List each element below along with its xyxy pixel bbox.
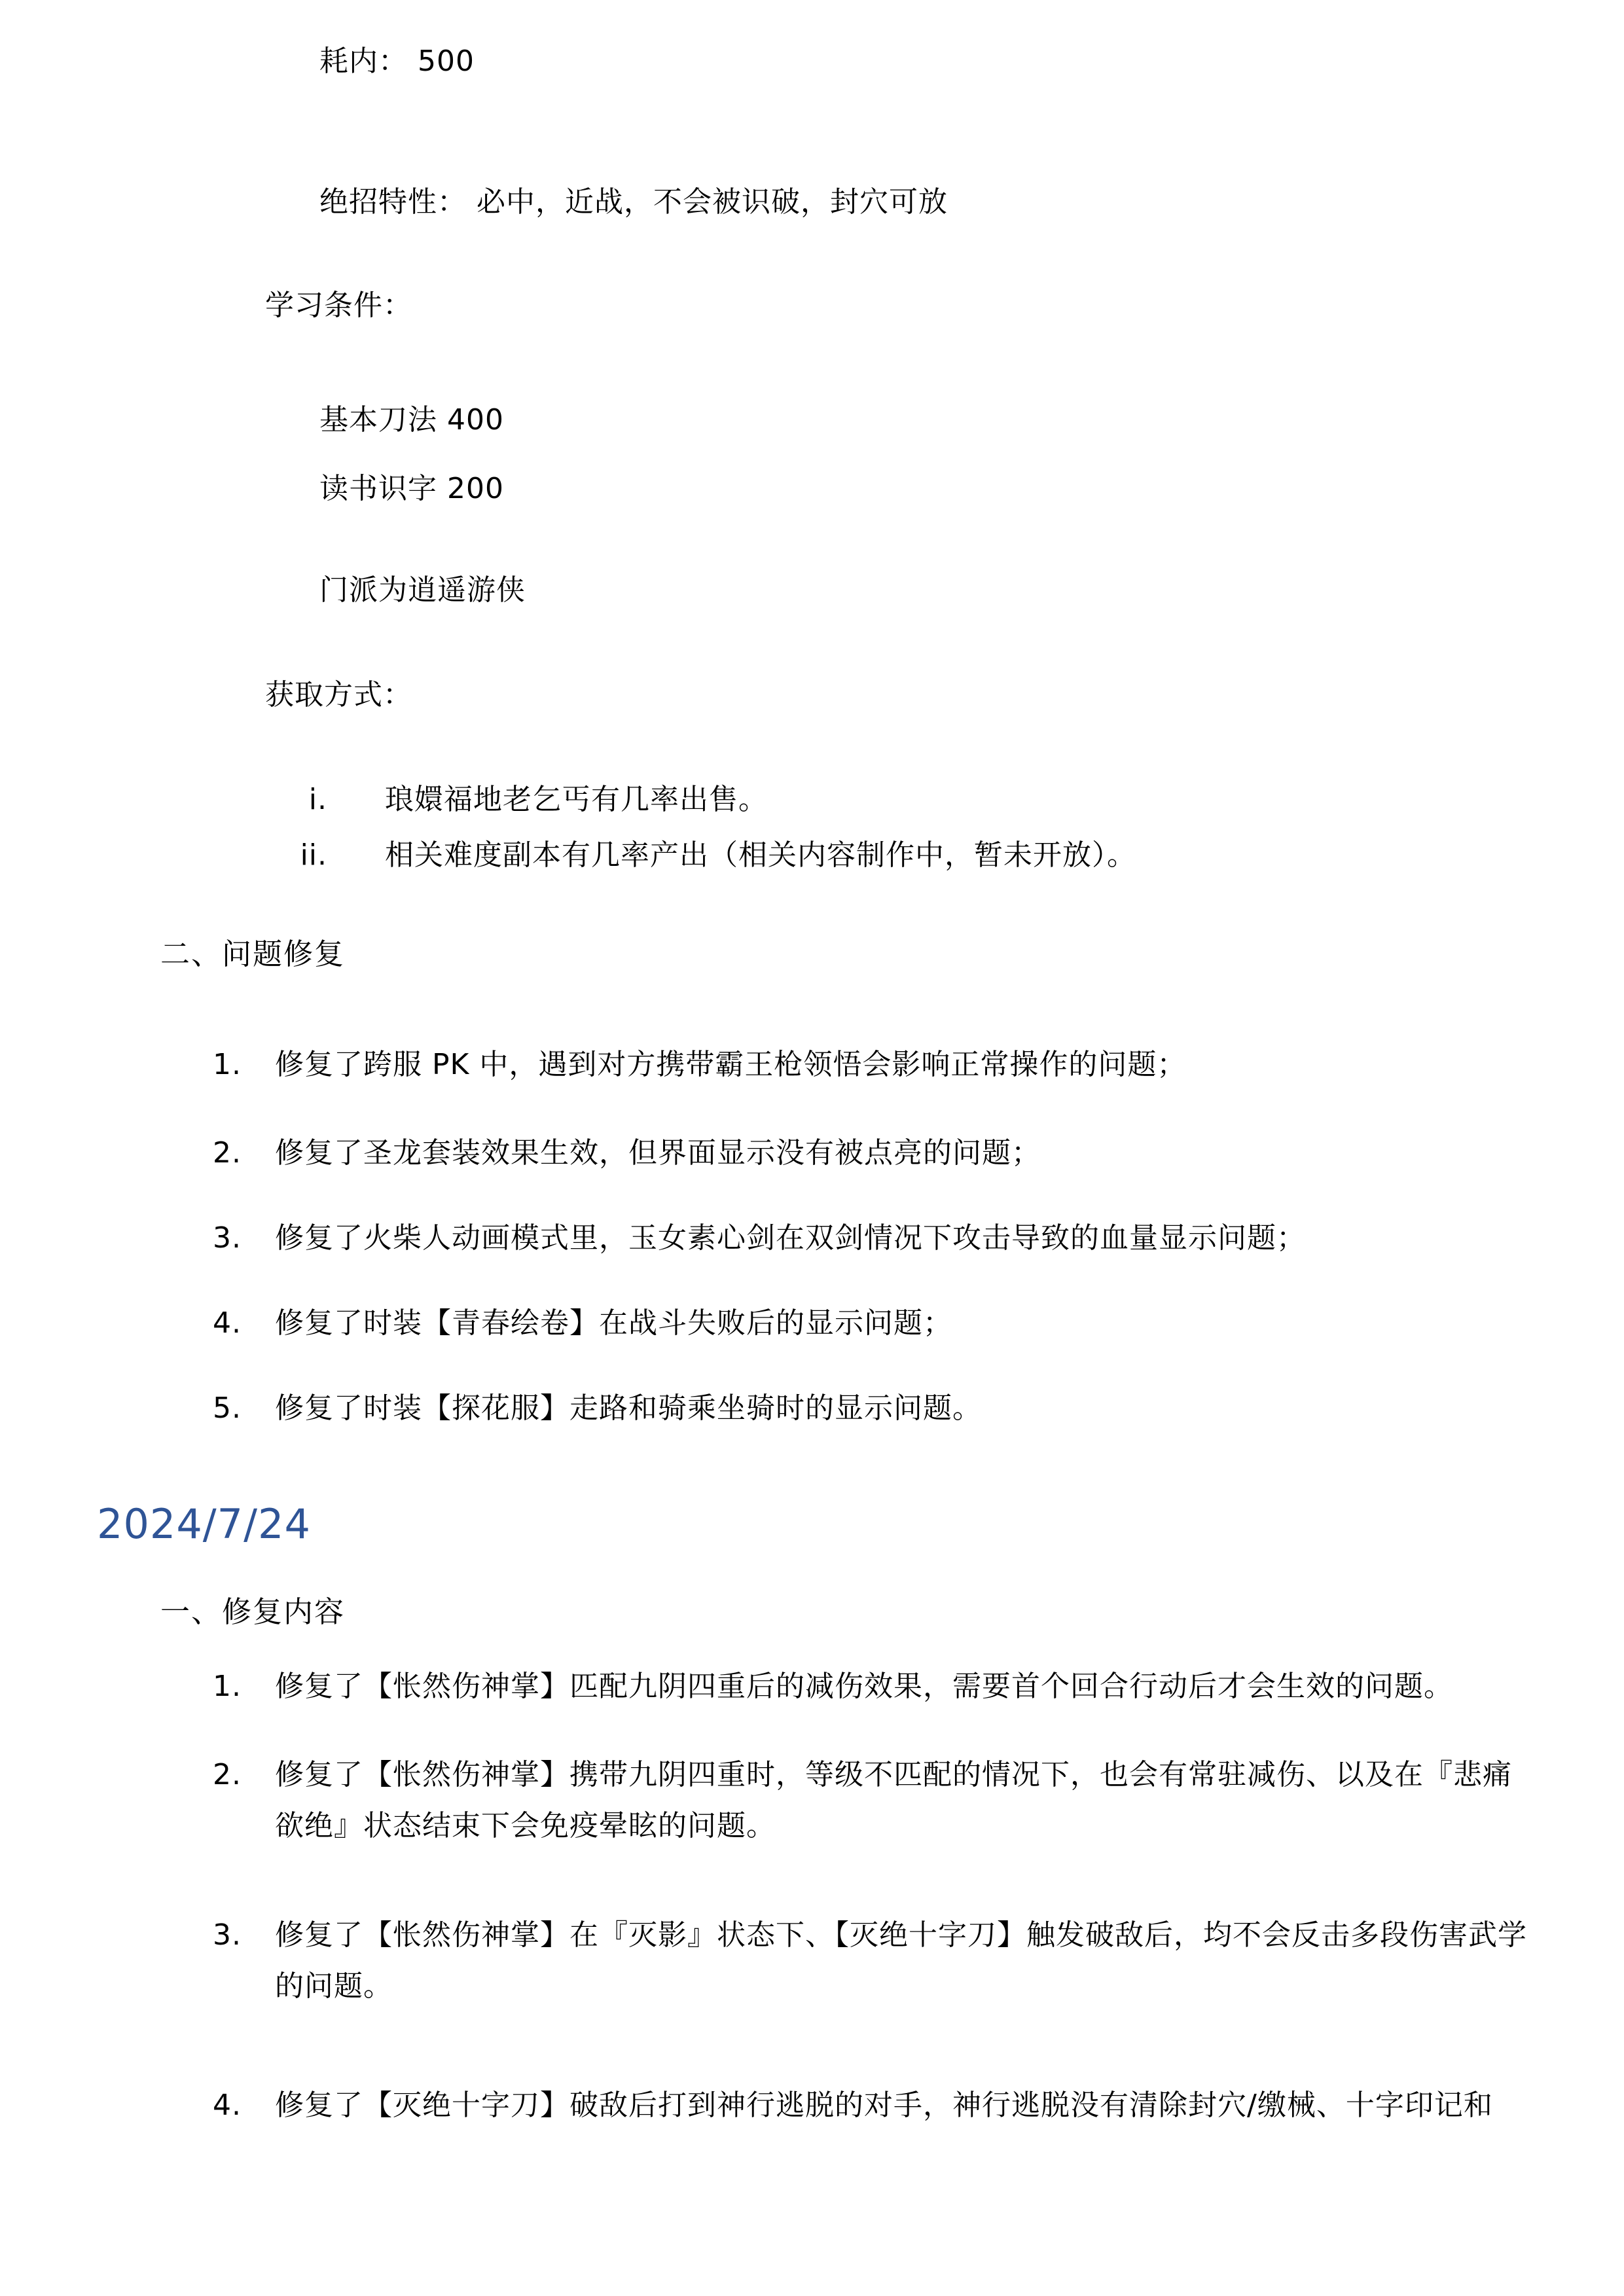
- condition-item: 读书识字 200: [319, 463, 504, 514]
- list-marker: 2.: [213, 1128, 275, 1179]
- list-item-text: 修复了火柴人动画模式里，玉女素心剑在双剑情况下攻击导致的血量显示问题；: [275, 1213, 1532, 1264]
- list-marker: 1.: [213, 1661, 275, 1712]
- learn-conditions-label: 学习条件：: [265, 280, 412, 331]
- list-item-text: 修复了【怅然伤神掌】在『灭影』状态下、【灭绝十字刀】触发破敌后，均不会反击多段伤…: [275, 1910, 1532, 2012]
- condition-item: 基本刀法 400: [319, 395, 504, 446]
- list-item: 3. 修复了【怅然伤神掌】在『灭影』状态下、【灭绝十字刀】触发破敌后，均不会反击…: [213, 1910, 1532, 2012]
- list-item-text: 修复了【怅然伤神掌】携带九阴四重时，等级不匹配的情况下，也会有常驻减伤、以及在『…: [275, 1749, 1532, 1852]
- list-marker: ii.: [275, 830, 327, 881]
- list-item: 2. 修复了【怅然伤神掌】携带九阴四重时，等级不匹配的情况下，也会有常驻减伤、以…: [213, 1749, 1532, 1852]
- list-marker: 5.: [213, 1383, 275, 1434]
- list-item: ii. 相关难度副本有几率产出（相关内容制作中，暂未开放）。: [275, 830, 1563, 881]
- document-page: 耗内： 500 绝招特性： 必中，近战，不会被识破，封穴可放 学习条件： 基本刀…: [0, 0, 1624, 2296]
- list-item-text: 修复了时装【青春绘卷】在战斗失败后的显示问题；: [275, 1298, 1532, 1349]
- section-heading-bug-fixes: 二、问题修复: [160, 935, 345, 974]
- acquisition-label: 获取方式：: [265, 670, 412, 721]
- list-marker: 2.: [213, 1749, 275, 1801]
- list-item-text: 修复了【怅然伤神掌】匹配九阴四重后的减伤效果，需要首个回合行动后才会生效的问题。: [275, 1661, 1532, 1712]
- list-item: i. 琅嬛福地老乞丐有几率出售。: [275, 774, 1563, 825]
- skill-cost-line: 耗内： 500: [319, 36, 475, 87]
- list-item: 4. 修复了【灭绝十字刀】破敌后打到神行逃脱的对手，神行逃脱没有清除封穴/缴械、…: [213, 2080, 1532, 2131]
- condition-item: 门派为逍遥游侠: [319, 565, 526, 616]
- section-heading-fix-content: 一、修复内容: [160, 1592, 345, 1632]
- list-item-text: 琅嬛福地老乞丐有几率出售。: [385, 774, 1563, 825]
- list-item: 4. 修复了时装【青春绘卷】在战斗失败后的显示问题；: [213, 1298, 1532, 1349]
- list-marker: 4.: [213, 2080, 275, 2131]
- list-marker: 3.: [213, 1910, 275, 1961]
- list-item-text: 相关难度副本有几率产出（相关内容制作中，暂未开放）。: [385, 830, 1563, 881]
- list-marker: 1.: [213, 1039, 275, 1090]
- skill-trait-line: 绝招特性： 必中，近战，不会被识破，封穴可放: [319, 177, 948, 228]
- list-marker: i.: [275, 774, 327, 825]
- list-marker: 3.: [213, 1213, 275, 1264]
- list-item: 3. 修复了火柴人动画模式里，玉女素心剑在双剑情况下攻击导致的血量显示问题；: [213, 1213, 1532, 1264]
- list-item: 1. 修复了【怅然伤神掌】匹配九阴四重后的减伤效果，需要首个回合行动后才会生效的…: [213, 1661, 1532, 1712]
- list-item: 5. 修复了时装【探花服】走路和骑乘坐骑时的显示问题。: [213, 1383, 1532, 1434]
- list-item: 1. 修复了跨服 PK 中，遇到对方携带霸王枪领悟会影响正常操作的问题；: [213, 1039, 1532, 1090]
- list-item-text: 修复了圣龙套装效果生效，但界面显示没有被点亮的问题；: [275, 1128, 1532, 1179]
- list-item-text: 修复了【灭绝十字刀】破敌后打到神行逃脱的对手，神行逃脱没有清除封穴/缴械、十字印…: [275, 2080, 1532, 2131]
- date-heading: 2024/7/24: [97, 1501, 311, 1548]
- list-item: 2. 修复了圣龙套装效果生效，但界面显示没有被点亮的问题；: [213, 1128, 1532, 1179]
- list-marker: 4.: [213, 1298, 275, 1349]
- list-item-text: 修复了时装【探花服】走路和骑乘坐骑时的显示问题。: [275, 1383, 1532, 1434]
- list-item-text: 修复了跨服 PK 中，遇到对方携带霸王枪领悟会影响正常操作的问题；: [275, 1039, 1532, 1090]
